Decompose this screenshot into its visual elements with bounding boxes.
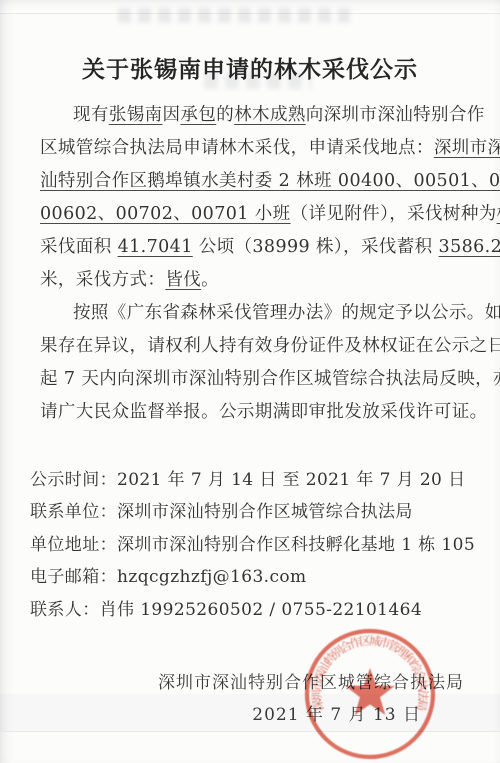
- contact-line: 联系人：肖伟 19925260502 / 0755-22101464: [30, 594, 480, 626]
- signature-org: 深圳市深汕特别合作区城管综合执法局: [158, 668, 464, 693]
- plain-text: 请广大民众监督举报。公示期满即审批发放采伐许可证。: [40, 402, 488, 422]
- contact-line: 单位地址：深圳市深汕特别合作区科技孵化基地 1 栋 105: [30, 529, 480, 561]
- body-line: 区城管综合执法局申请林木采伐，申请采伐地点：深圳市深: [40, 132, 466, 165]
- signature-date: 2021 年 7 月 13 日: [252, 700, 421, 725]
- body-line: 汕特别合作区鹅埠镇水美村委 2 林班 00400、00501、00601、: [40, 165, 466, 198]
- bleed-through-text-top: [118, 8, 350, 23]
- underlined-text: 41.7041: [118, 237, 193, 257]
- plain-text: 区城管综合执法局申请林木采伐，申请采伐地点：: [40, 138, 434, 158]
- plain-text: 因: [163, 105, 181, 125]
- underlined-text: 张锡南: [109, 105, 163, 125]
- underlined-text: 深圳市深: [434, 138, 500, 158]
- underlined-text: 桉树: [497, 204, 500, 224]
- body-line: 请广大民众监督举报。公示期满即审批发放采伐许可证。: [40, 396, 466, 429]
- underlined-text: 00602、00702、00701 小班: [40, 204, 291, 224]
- plain-text: 起 7 天内向深圳市深汕特别合作区城管综合执法局反映，亦: [40, 369, 500, 389]
- contact-line: 公示时间：2021 年 7 月 14 日 至 2021 年 7 月 20 日: [30, 464, 480, 496]
- body-line: 现有张锡南因承包的林木成熟向深圳市深汕特别合作: [40, 99, 466, 132]
- underlined-text: 皆伐: [165, 270, 201, 290]
- page-title: 关于张锡南申请的林木采伐公示: [0, 51, 500, 84]
- plain-text: 米，采伐方式：: [40, 270, 165, 290]
- body-line: 按照《广东省森林采伐管理办法》的规定予以公示。如: [40, 297, 466, 330]
- body-line: 00602、00702、00701 小班（详见附件），采伐树种为桉树，: [40, 198, 466, 231]
- scanned-notice-page: { "title": "关于张锡南申请的林木采伐公示", "paragraphs…: [0, 0, 500, 763]
- plain-text: 采伐面积: [40, 237, 118, 257]
- underlined-text: 汕特别合作区鹅埠镇水美村委 2 林班 00400、00501、00601、: [40, 171, 500, 191]
- plain-text: 公顷（38999 株），采伐蓄积: [193, 237, 439, 257]
- body-line: 米，采伐方式：皆伐。: [40, 264, 466, 297]
- body-paragraphs: 现有张锡南因承包的林木成熟向深圳市深汕特别合作区城管综合执法局申请林木采伐，申请…: [40, 99, 466, 429]
- contact-line: 联系单位：深圳市深汕特别合作区城管综合执法局: [30, 496, 480, 528]
- scan-bottom-rule: [0, 731, 500, 732]
- plain-text: 现有: [73, 105, 109, 125]
- underlined-text: 林木成熟: [234, 105, 306, 125]
- body-line: 采伐面积 41.7041 公顷（38999 株），采伐蓄积 3586.2 立方: [40, 231, 466, 264]
- plain-text: 果存在异议，请权利人持有效身份证件及林权证在公示之日: [40, 336, 500, 356]
- plain-text: 向深圳市深汕特别合作: [306, 105, 485, 125]
- plain-text: （详见附件），采伐树种为: [291, 204, 497, 224]
- contact-line: 电子邮箱：hzqcgzhzfj@163.com: [30, 561, 480, 593]
- plain-text: 的: [216, 105, 234, 125]
- underlined-text: 承包: [180, 105, 216, 125]
- underlined-text: 3586.2: [439, 237, 500, 257]
- contact-block: 公示时间：2021 年 7 月 14 日 至 2021 年 7 月 20 日联系…: [30, 464, 480, 626]
- plain-text: 按照《广东省森林采伐管理办法》的规定予以公示。如: [73, 303, 500, 323]
- plain-text: 。: [201, 270, 219, 290]
- scan-bottom-shading: [0, 694, 500, 731]
- body-line: 起 7 天内向深圳市深汕特别合作区城管综合执法局反映，亦: [40, 363, 466, 396]
- body-line: 果存在异议，请权利人持有效身份证件及林权证在公示之日: [40, 330, 466, 363]
